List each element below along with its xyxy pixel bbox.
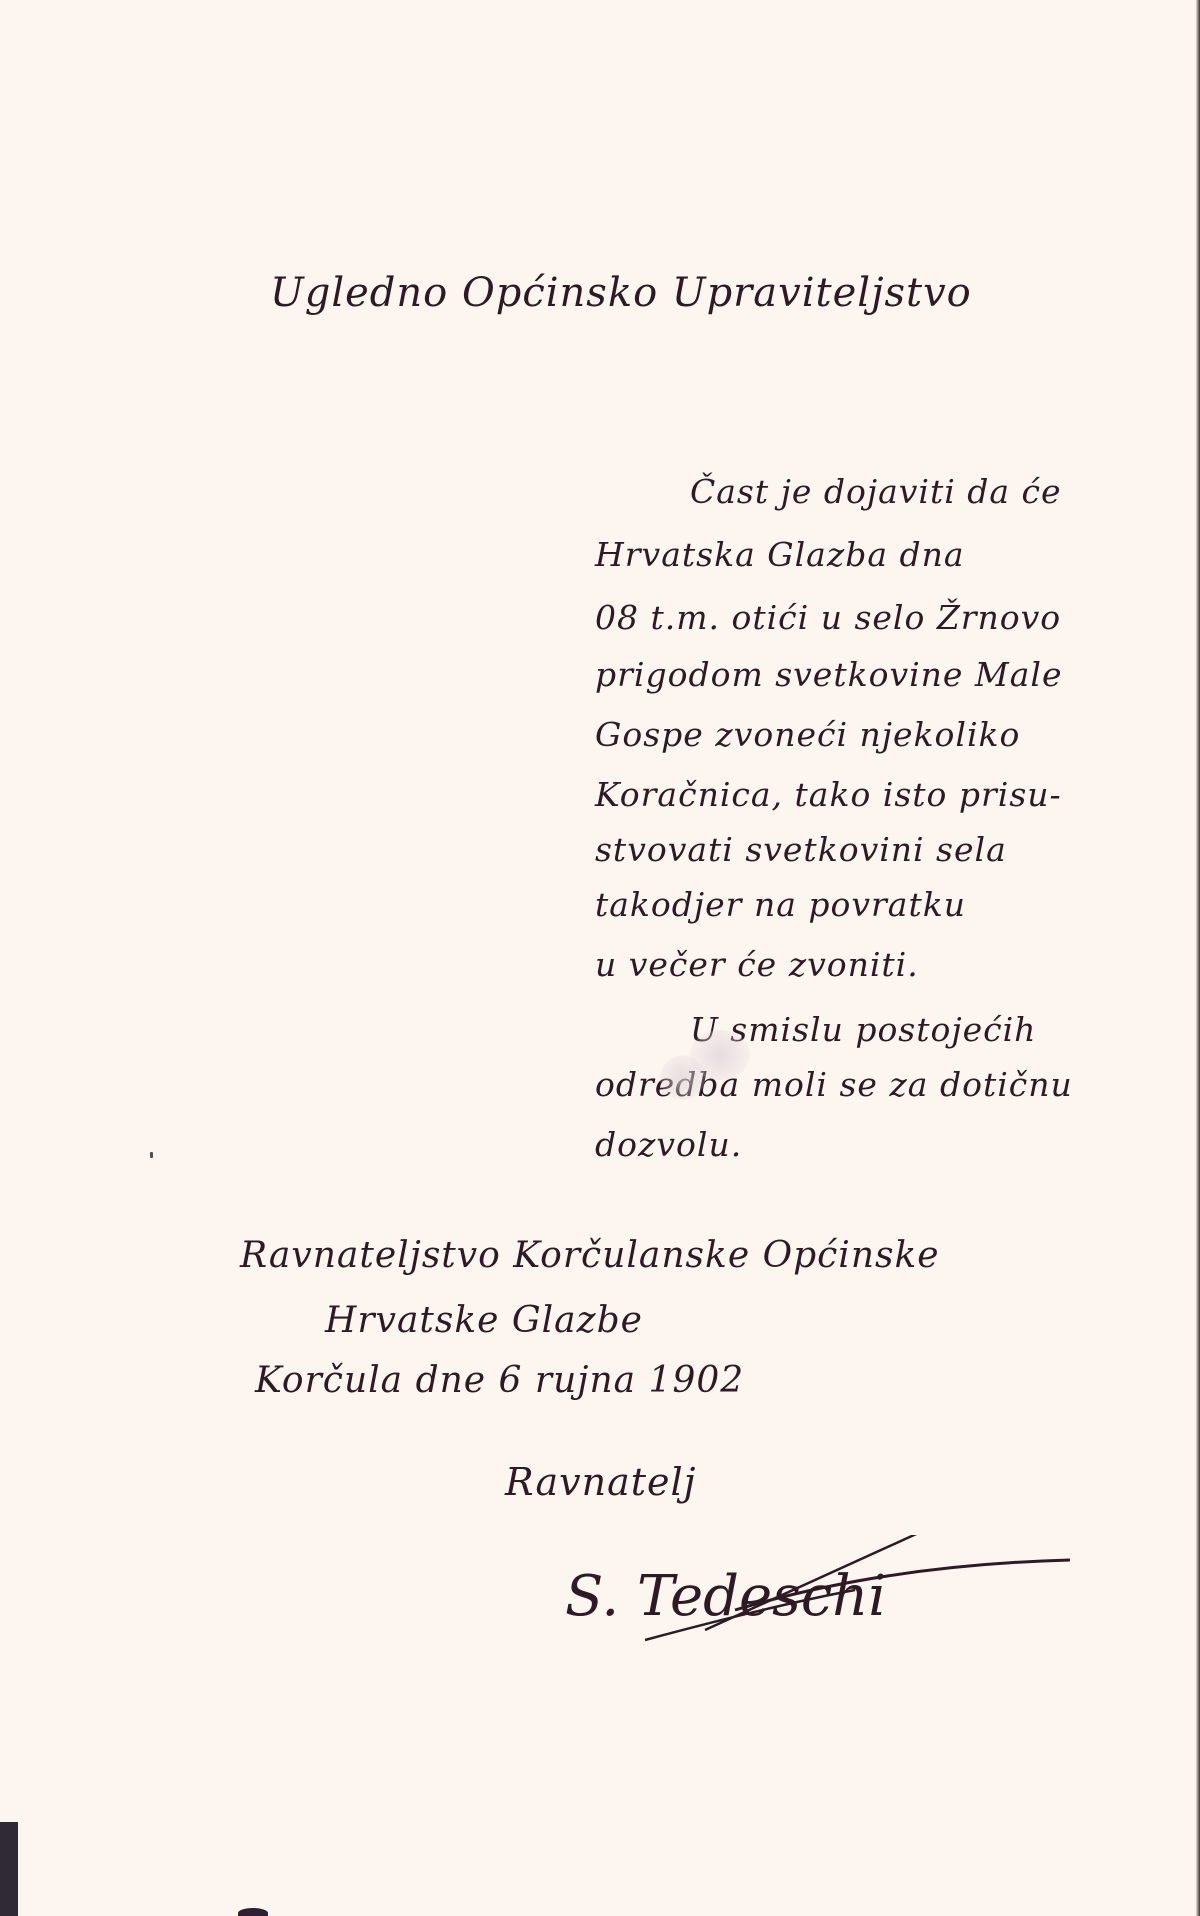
scan-artifact xyxy=(238,1908,268,1916)
signature-title: Ravnatelj xyxy=(505,1460,696,1504)
body-line: dozvolu. xyxy=(595,1125,1195,1164)
body-line: Hrvatska Glazba dna xyxy=(595,535,1195,574)
scan-edge-bottom-left xyxy=(0,1822,18,1916)
salutation: Ugledno Općinsko Upraviteljstvo xyxy=(270,270,972,316)
body-line: Čast je dojaviti da će xyxy=(690,472,1200,511)
signature: S. Tedeschi xyxy=(555,1535,1075,1655)
body-line: Koračnica, tako isto prisu- xyxy=(595,775,1195,814)
date-line: Korčula dne 6 rujna 1902 xyxy=(255,1360,744,1401)
body-line: 08 t.m. otići u selo Žrnovo xyxy=(595,598,1195,637)
body-line: Gospe zvoneći njekoliko xyxy=(595,715,1195,754)
body-line: U smislu postojećih xyxy=(690,1010,1200,1049)
body-line: prigodom svetkovine Male xyxy=(595,655,1195,694)
ink-speck xyxy=(150,1152,153,1158)
paper-stain xyxy=(660,1055,705,1100)
closing-line: Hrvatske Glazbe xyxy=(325,1300,643,1341)
closing-line: Ravnateljstvo Korčulanske Općinske xyxy=(240,1235,940,1276)
body-line: takodjer na povratku xyxy=(595,885,1195,924)
body-line: u večer će zvoniti. xyxy=(595,945,1195,984)
letter-page: Ugledno Općinsko Upraviteljstvo Čast je … xyxy=(0,0,1196,1916)
scan-edge-right xyxy=(1196,0,1200,1916)
body-line: stvovati svetkovini sela xyxy=(595,830,1195,869)
